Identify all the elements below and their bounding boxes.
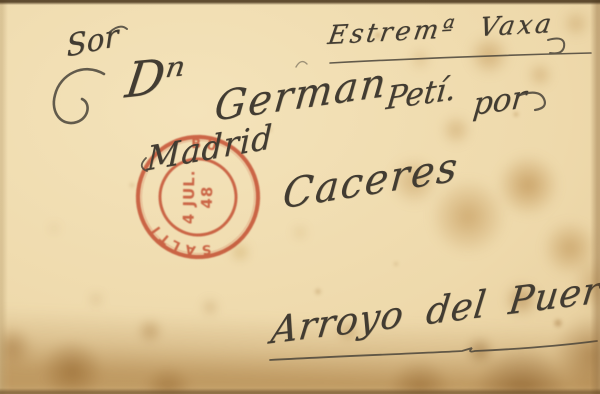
envelope-photo: BU SALTI 4 JUL. 48 Sor Estremª Vaxa Dⁿ G… <box>0 0 600 394</box>
bottom-left-paraph <box>296 62 307 67</box>
connector-text: por <box>471 79 528 123</box>
ink-flourishes <box>0 0 600 394</box>
svg-text:BU: BU <box>188 130 226 163</box>
region-note-text: Estremª Vaxa <box>326 9 556 51</box>
paper-speckles <box>0 0 600 394</box>
surname-text: Petí. <box>384 71 457 118</box>
postmark-date-line1: 4 JUL. <box>180 169 199 224</box>
postmark-datestamp: BU SALTI 4 JUL. 48 <box>131 130 265 264</box>
first-name-text: German <box>212 59 390 130</box>
salutation-text: Sor <box>66 18 119 65</box>
destination-underline <box>270 341 597 360</box>
por-end-flourish <box>517 93 545 110</box>
postmark-date-line2: 48 <box>198 186 216 209</box>
capital-swash <box>54 69 104 123</box>
salutation-tilde <box>110 27 127 32</box>
honorific-text: Dⁿ <box>122 46 188 109</box>
paper-stains <box>0 0 600 394</box>
province-city-text: Caceres <box>281 143 461 218</box>
photo-edge-vignette <box>0 0 600 394</box>
postmark-ring-text-right: BU <box>188 130 226 163</box>
region-end-flourish <box>548 39 564 54</box>
region-underline <box>330 53 591 63</box>
destination-text: Arroyo del Puerco <box>269 263 600 353</box>
